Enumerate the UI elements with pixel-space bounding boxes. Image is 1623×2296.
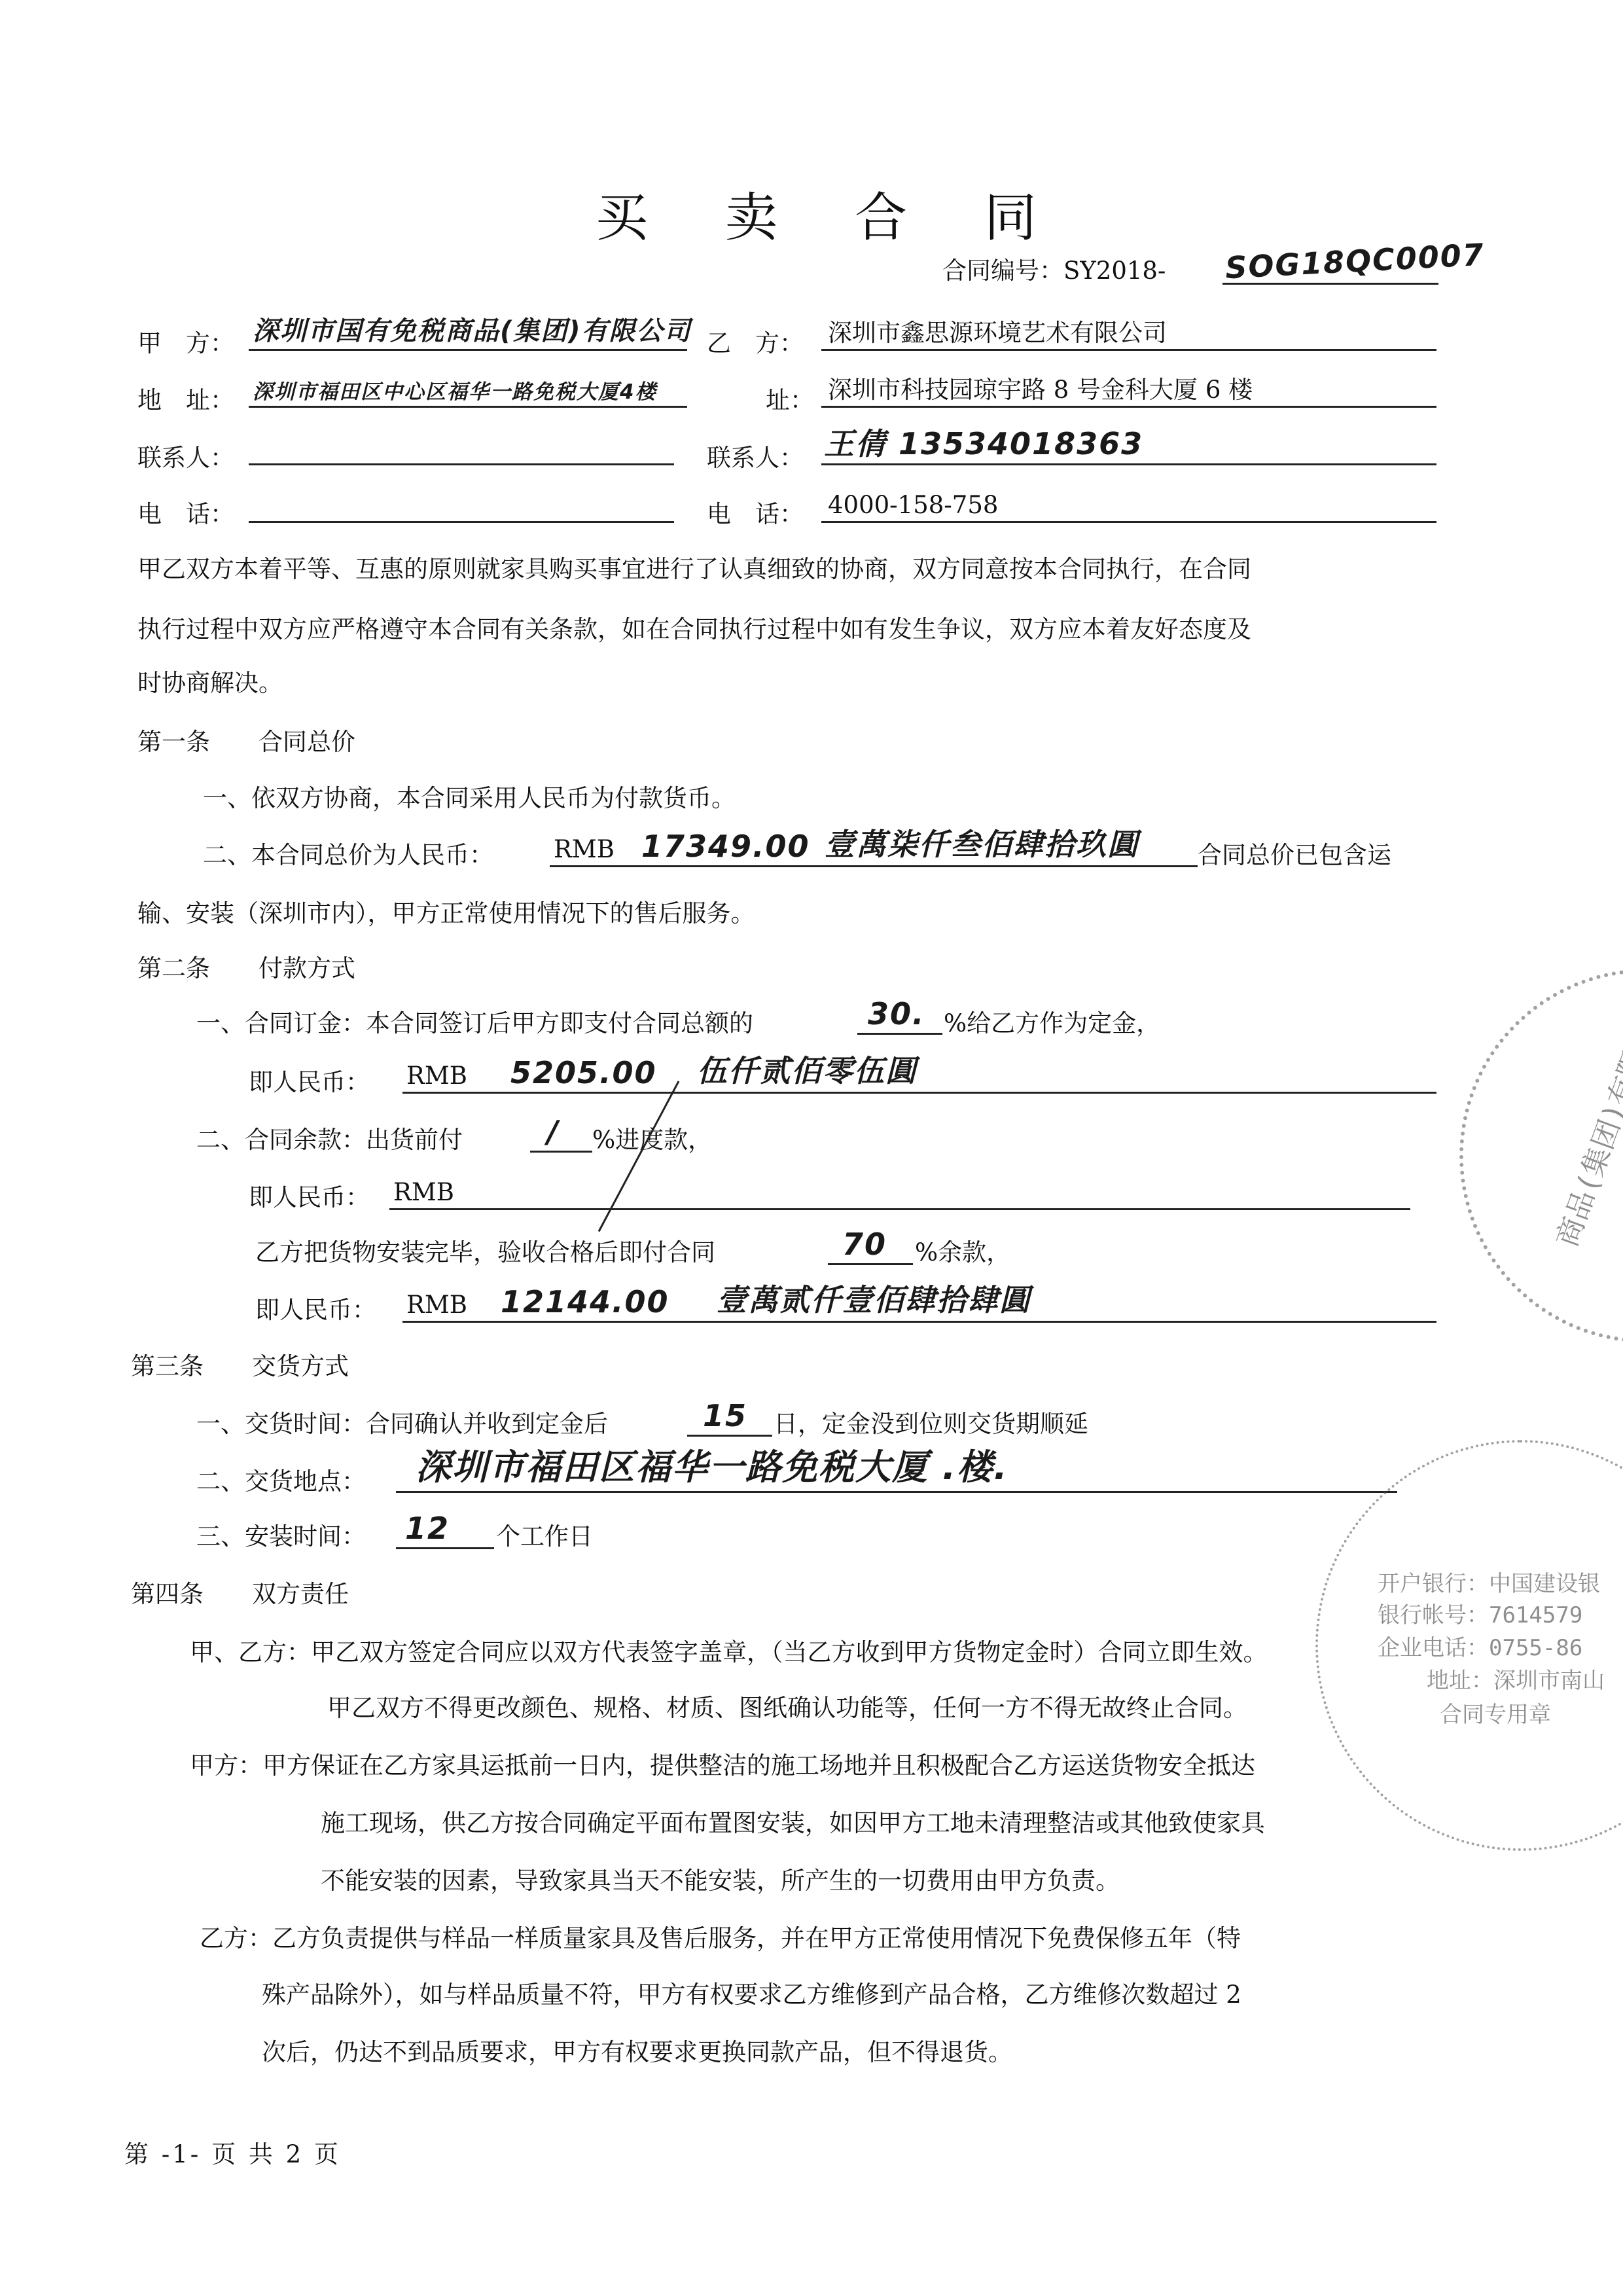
seal-b-line-1: 开户银行：中国建设银 (1378, 1566, 1600, 1598)
final-rmb-label: 即人民币： (255, 1296, 376, 1325)
both-parties-line-2: 甲乙双方不得更改颜色、规格、材质、图纸确认功能等，任何一方不得无故终止合同。 (327, 1694, 1247, 1723)
total-price-rmb: RMB (554, 835, 615, 864)
both-parties-line-1: 甲、乙方：甲乙双方签定合同应以双方代表签字盖章，（当乙方收到甲方货物定金时）合同… (190, 1638, 1268, 1667)
balance-percent-field[interactable]: / (530, 1121, 592, 1153)
intro-line-2: 执行过程中双方应严格遵守本合同有关条款，如在合同执行过程中如有发生争议，双方应本… (137, 615, 1251, 644)
delivery-place-label: 二、交货地点： (196, 1467, 366, 1496)
balance-prefix: 二、合同余款：出货前付 (196, 1126, 463, 1155)
address-b-label: 址： (766, 386, 814, 415)
article-4-heading: 第四条 双方责任 (131, 1580, 349, 1609)
final-rmb: RMB (406, 1291, 467, 1319)
address-b-value: 深圳市科技园琼宇路 8 号金科大厦 6 楼 (828, 376, 1253, 404)
phone-a-field[interactable] (249, 491, 674, 523)
document-title: 买卖合同 (596, 175, 1114, 251)
deposit-prefix: 一、合同订金：本合同签订后甲方即支付合同总额的 (196, 1009, 753, 1038)
install-days-field[interactable]: 12 (396, 1517, 494, 1549)
party-b-label: 乙 方： (707, 329, 804, 358)
page-footer: 第 -1- 页 共 2 页 (124, 2140, 341, 2169)
contact-b-label: 联系人： (707, 444, 804, 473)
party-a-duty-line-1: 甲方：甲方保证在乙方家具运抵前一日内，提供整洁的施工场地并且积极配合乙方运送货物… (190, 1751, 1255, 1780)
deposit-words: 伍仟贰佰零伍圓 (697, 1047, 917, 1090)
contract-number-label: 合同编号：SY2018- (942, 257, 1166, 285)
party-b-duty-line-2: 殊产品除外），如与样品质量不符，甲方有权要求乙方维修到产品合格，乙方维修次数超过… (262, 1981, 1241, 2009)
final-suffix: %余款， (915, 1238, 1010, 1267)
article-1-item-1: 一、依双方协商，本合同采用人民币为付款货币。 (203, 784, 736, 813)
intro-line-1: 甲乙双方本着平等、互惠的原则就家具购买事宜进行了认真细致的协商，双方同意按本合同… (137, 555, 1251, 584)
seal-b-line-4: 地址：深圳市南山 (1427, 1662, 1605, 1695)
deposit-percent-field[interactable]: 30. (857, 1003, 942, 1035)
deposit-percent-value: 30. (868, 996, 925, 1031)
seal-b-line-3: 企业电话：0755-86 (1378, 1630, 1582, 1662)
final-words: 壹萬贰仟壹佰肆拾肆圓 (717, 1276, 1031, 1319)
contract-number-underline (1222, 283, 1438, 285)
party-a-duty-line-2: 施工现场，供乙方按合同确定平面布置图安装，如因甲方工地未清理整洁或其他致使家具 (321, 1809, 1265, 1838)
party-b-field[interactable]: 深圳市鑫思源环境艺术有限公司 (821, 319, 1436, 351)
party-a-field[interactable]: 深圳市国有免税商品(集团)有限公司 (249, 319, 687, 351)
delivery-place-field[interactable]: 深圳市福田区福华一路免税大厦 .楼. (396, 1461, 1397, 1493)
contract-number-handwritten: SOG18QC0007 (1224, 237, 1486, 286)
article-1-heading: 第一条 合同总价 (137, 728, 355, 757)
deposit-rmb-label: 即人民币： (249, 1068, 370, 1097)
phone-a-label: 电 话： (137, 500, 234, 529)
article-1-item-2-prefix: 二、本合同总价为人民币： (203, 841, 493, 870)
deposit-rmb: RMB (406, 1062, 467, 1090)
final-percent-field[interactable]: 70 (828, 1233, 913, 1265)
address-a-value: 深圳市福田区中心区福华一路免税大厦4楼 (253, 375, 657, 404)
seal-b-line-5: 合同专用章 (1440, 1696, 1551, 1729)
deposit-suffix: %给乙方作为定金， (944, 1009, 1160, 1038)
article-1-item-2-suffix: 合同总价已包含运 (1198, 841, 1391, 870)
delivery-days-value: 15 (703, 1398, 747, 1433)
install-days-value: 12 (405, 1511, 450, 1546)
party-a-value: 深圳市国有免税商品(集团)有限公司 (253, 310, 692, 348)
seal-b-line-2: 银行帐号：7614579 (1378, 1597, 1582, 1629)
phone-b-field[interactable]: 4000-158-758 (821, 491, 1436, 523)
total-price-field[interactable]: RMB 17349.00 壹萬柒仟叁佰肆拾玖圓 (550, 835, 1198, 867)
delivery-days-field[interactable]: 15 (687, 1405, 772, 1437)
party-b-value: 深圳市鑫思源环境艺术有限公司 (828, 319, 1167, 348)
article-1-item-2-cont: 输、安装（深圳市内），甲方正常使用情况下的售后服务。 (137, 899, 755, 928)
delivery-place-value: 深圳市福田区福华一路免税大厦 .楼. (416, 1439, 1008, 1490)
contact-a-field[interactable] (249, 433, 674, 465)
address-a-field[interactable]: 深圳市福田区中心区福华一路免税大厦4楼 (249, 376, 687, 408)
final-amount: 12144.00 (501, 1284, 669, 1319)
balance-percent-value: / (547, 1114, 560, 1149)
delivery-time-suffix: 日，定金没到位则交货期顺延 (774, 1410, 1088, 1439)
party-a-duty-line-3: 不能安装的因素，导致家具当天不能安装，所产生的一切费用由甲方负责。 (321, 1867, 1120, 1895)
delivery-time-prefix: 一、交货时间：合同确认并收到定金后 (196, 1410, 608, 1439)
final-amount-field[interactable]: RMB 12144.00 壹萬贰仟壹佰肆拾肆圓 (402, 1291, 1436, 1323)
contact-a-label: 联系人： (137, 444, 234, 473)
install-time-label: 三、安装时间： (196, 1522, 366, 1551)
phone-b-value: 4000-158-758 (828, 491, 998, 520)
progress-amount-field[interactable]: RMB (389, 1178, 1410, 1210)
total-price-amount: 17349.00 (641, 829, 810, 864)
contact-b-value: 王倩 13534018363 (824, 420, 1143, 463)
address-a-label: 地 址： (137, 386, 234, 415)
deposit-amount: 5205.00 (510, 1055, 657, 1090)
install-time-suffix: 个工作日 (496, 1522, 593, 1551)
final-percent-value: 70 (842, 1227, 887, 1262)
article-2-heading: 第二条 付款方式 (137, 954, 355, 983)
party-a-label: 甲 方： (137, 329, 234, 358)
total-price-words: 壹萬柒仟叁佰肆拾玖圓 (825, 821, 1139, 864)
contact-b-field[interactable]: 王倩 13534018363 (821, 433, 1436, 465)
deposit-amount-field[interactable]: RMB 5205.00 伍仟贰佰零伍圓 (402, 1062, 1436, 1094)
progress-rmb: RMB (393, 1178, 454, 1207)
address-b-field[interactable]: 深圳市科技园琼宇路 8 号金科大厦 6 楼 (821, 376, 1436, 408)
party-b-duty-line-3: 次后，仍达不到品质要求，甲方有权要求更换同款产品，但不得退货。 (262, 2038, 1012, 2067)
party-b-duty-line-1: 乙方：乙方负责提供与样品一样质量家具及售后服务，并在甲方正常使用情况下免费保修五… (200, 1924, 1241, 1953)
phone-b-label: 电 话： (707, 500, 804, 529)
intro-line-3: 时协商解决。 (137, 669, 283, 698)
progress-rmb-label: 即人民币： (249, 1183, 370, 1212)
article-3-heading: 第三条 交货方式 (131, 1352, 349, 1381)
final-prefix: 乙方把货物安装完毕，验收合格后即付合同 (255, 1238, 715, 1267)
